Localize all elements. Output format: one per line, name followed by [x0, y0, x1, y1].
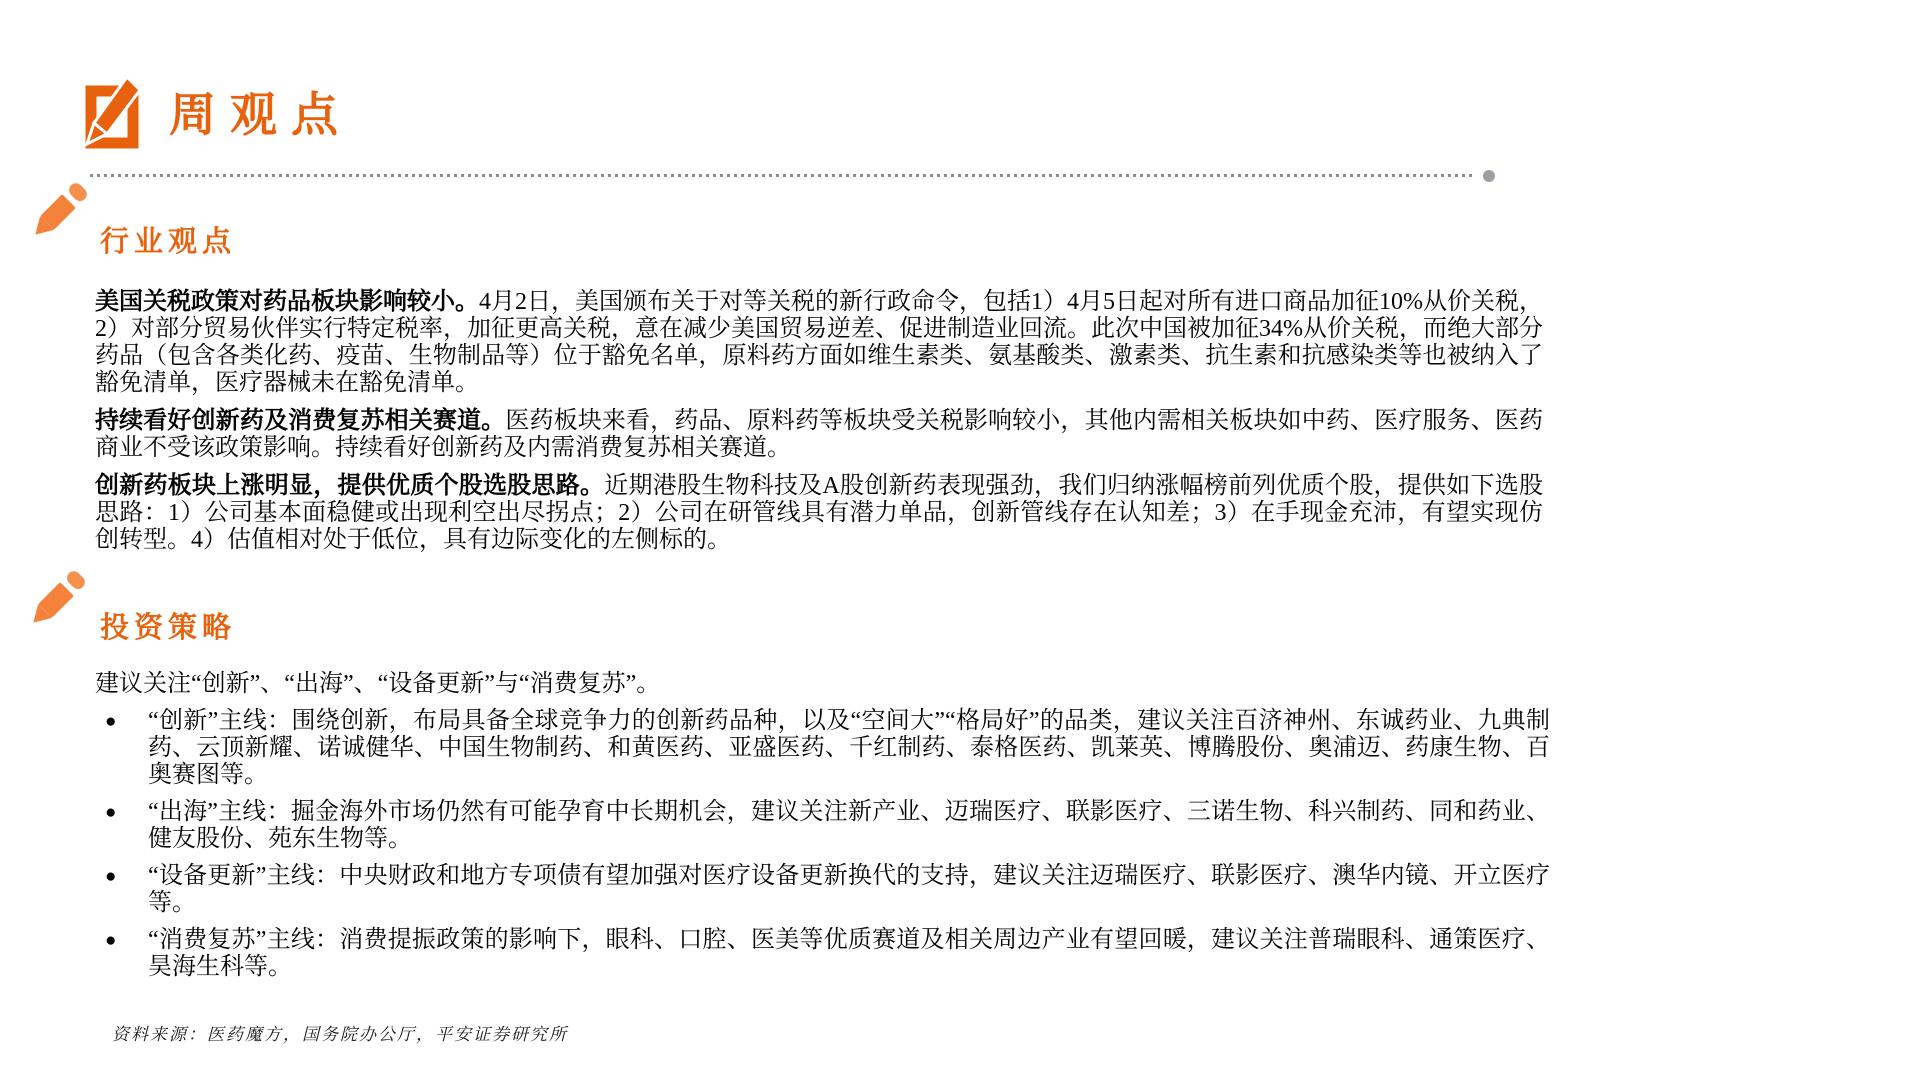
page-title: 周观点	[169, 93, 352, 140]
edit-note-icon	[85, 76, 143, 157]
bullet-text: “设备更新”主线：中央财政和地方专项债有望加强对医疗设备更新换代的支持，建议关注…	[148, 863, 1550, 916]
section-title: 投资策略	[100, 614, 236, 643]
list-item: ● “消费复苏”主线：消费提振政策的影响下，眼科、口腔、医美等优质赛道及相关周边…	[95, 927, 1550, 981]
pencil-icon	[24, 178, 92, 251]
paragraph-lead: 美国关税政策对药品板块影响较小。	[95, 289, 479, 315]
slide-page: 周观点 行业观点 美国关税政策对药品板块影响较小。4月2日，美国颁布关于对等关税…	[0, 0, 1920, 1080]
industry-body: 美国关税政策对药品板块影响较小。4月2日，美国颁布关于对等关税的新行政命令，包括…	[95, 289, 1543, 565]
page-header: 周观点	[85, 76, 352, 157]
source-note: 资料来源：医药魔方，国务院办公厅，平安证券研究所	[112, 1020, 568, 1045]
bullet-icon: ●	[105, 927, 116, 954]
divider	[90, 170, 1495, 182]
strategy-intro: 建议关注“创新”、“出海”、“设备更新”与“消费复苏”。	[95, 671, 1550, 698]
bullet-text: “出海”主线：掘金海外市场仍然有可能孕育中长期机会，建议关注新产业、迈瑞医疗、联…	[148, 799, 1550, 852]
bullet-icon: ●	[105, 863, 116, 890]
bullet-text: “消费复苏”主线：消费提振政策的影响下，眼科、口腔、医美等优质赛道及相关周边产业…	[148, 927, 1550, 980]
pencil-icon	[22, 566, 90, 639]
bullet-icon: ●	[105, 799, 116, 826]
divider-end-dot	[1483, 170, 1495, 182]
dotted-line	[90, 174, 1475, 177]
bullet-text: “创新”主线：围绕创新，布局具备全球竞争力的创新药品种，以及“空间大”“格局好”…	[148, 708, 1550, 788]
strategy-body: 建议关注“创新”、“出海”、“设备更新”与“消费复苏”。 ● “创新”主线：围绕…	[95, 671, 1550, 991]
section-industry-heading: 行业观点	[100, 228, 236, 257]
section-strategy-heading: 投资策略	[100, 614, 236, 643]
paragraph-lead: 持续看好创新药及消费复苏相关赛道。	[95, 408, 505, 434]
paragraph: 美国关税政策对药品板块影响较小。4月2日，美国颁布关于对等关税的新行政命令，包括…	[95, 289, 1543, 397]
paragraph: 持续看好创新药及消费复苏相关赛道。医药板块来看，药品、原料药等板块受关税影响较小…	[95, 408, 1543, 462]
strategy-bullet-list: ● “创新”主线：围绕创新，布局具备全球竞争力的创新药品种，以及“空间大”“格局…	[95, 708, 1550, 981]
paragraph-lead: 创新药板块上涨明显，提供优质个股选股思路。	[95, 473, 604, 499]
list-item: ● “设备更新”主线：中央财政和地方专项债有望加强对医疗设备更新换代的支持，建议…	[95, 863, 1550, 917]
list-item: ● “创新”主线：围绕创新，布局具备全球竞争力的创新药品种，以及“空间大”“格局…	[95, 708, 1550, 789]
bullet-icon: ●	[105, 708, 116, 735]
list-item: ● “出海”主线：掘金海外市场仍然有可能孕育中长期机会，建议关注新产业、迈瑞医疗…	[95, 799, 1550, 853]
paragraph: 创新药板块上涨明显，提供优质个股选股思路。近期港股生物科技及A股创新药表现强劲，…	[95, 473, 1543, 554]
section-title: 行业观点	[100, 228, 236, 257]
